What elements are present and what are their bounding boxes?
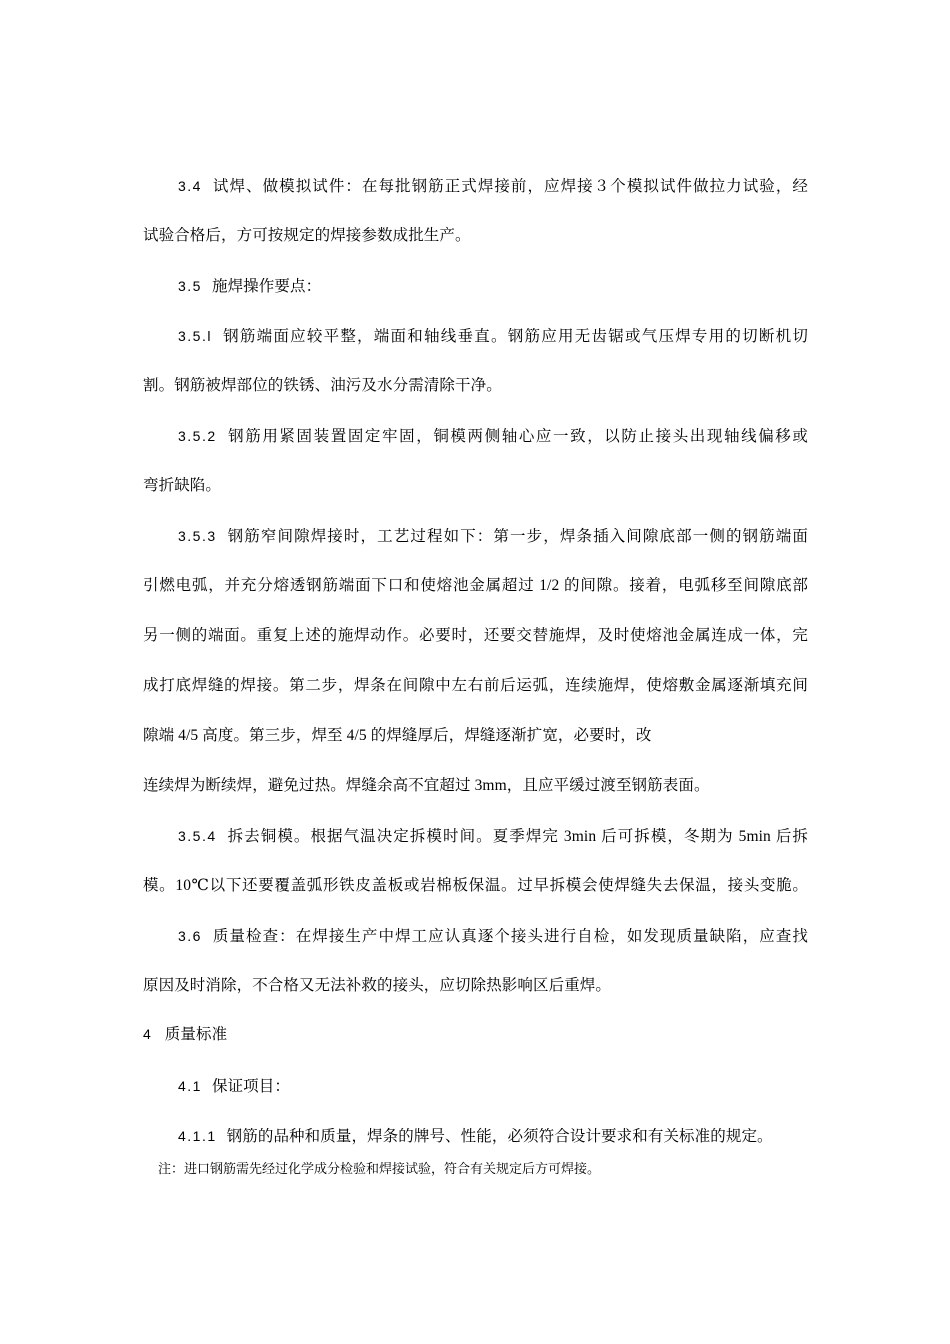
paragraph-3-6-line-2: 原因及时消除，不合格又无法补救的接头，应切除热影响区后重焊。 <box>143 976 808 996</box>
paragraph-3-5-3-line-2: 引燃电弧，并充分熔透钢筋端面下口和使熔池金属超过 1/2 的间隙。接着，电弧移至… <box>143 576 808 596</box>
paragraph-3-5-4-line-1: 3.5.4拆去铜模。根据气温决定拆模时间。夏季焊完 3min 后可拆模，冬期为 … <box>178 826 808 847</box>
heading-3-5: 3.5施焊操作要点： <box>178 276 808 297</box>
paragraph-3-5-3-line-6: 连续焊为断续焊，避免过热。焊缝余高不宜超过 3mm，且应平缓过渡至钢筋表面。 <box>143 776 808 796</box>
paragraph-3-5-2-line-1: 3.5.2钢筋用紧固装置固定牢固，铜模两侧轴心应一致，以防止接头出现轴线偏移或 <box>178 426 808 447</box>
section-number: 4.1.1 <box>178 1128 217 1144</box>
section-number: 3.5.4 <box>178 828 217 844</box>
paragraph-3-5-2-line-2: 弯折缺陷。 <box>143 476 808 496</box>
section-number: 3.5 <box>178 278 202 294</box>
paragraph-3-5-1-line-2: 割。钢筋被焊部位的铁锈、油污及水分需清除干净。 <box>143 376 808 396</box>
paragraph-3-5-3-line-3: 另一侧的端面。重复上述的施焊动作。必要时，还要交替施焊，及时使熔池金属连成一体，… <box>143 626 808 646</box>
section-number: 3.5.3 <box>178 528 217 544</box>
paragraph-3-6-line-1: 3.6质量检查：在焊接生产中焊工应认真逐个接头进行自检，如发现质量缺陷，应查找 <box>178 926 808 947</box>
heading-4: 4质量标准 <box>143 1024 808 1045</box>
footnote: 注：进口钢筋需先经过化学成分检验和焊接试验，符合有关规定后方可焊接。 <box>158 1160 600 1178</box>
heading-4-1: 4.1保证项目： <box>178 1076 808 1097</box>
paragraph-3-5-3-line-1: 3.5.3钢筋窄间隙焊接时，工艺过程如下：第一步，焊条插入间隙底部一侧的钢筋端面 <box>178 526 808 547</box>
section-number: 3.4 <box>178 178 202 194</box>
section-number: 4.1 <box>178 1078 202 1094</box>
paragraph-3-5-4-line-2: 模。10℃以下还要覆盖弧形铁皮盖板或岩棉板保温。过早拆模会使焊缝失去保温，接头变… <box>143 876 808 896</box>
section-number: 3.5.l <box>178 328 212 344</box>
document-page: 3.4试焊、做模拟试件：在每批钢筋正式焊接前，应焊接３个模拟试件做拉力试验，经 … <box>0 0 950 1344</box>
paragraph-3-5-3-line-4: 成打底焊缝的焊接。第二步，焊条在间隙中左右前后运弧，连续施焊，使熔敷金属逐渐填充… <box>143 676 808 696</box>
section-number: 4 <box>143 1026 151 1042</box>
section-number: 3.5.2 <box>178 428 217 444</box>
paragraph-3-5-1-line-1: 3.5.l钢筋端面应较平整，端面和轴线垂直。钢筋应用无齿锯或气压焊专用的切断机切 <box>178 326 808 347</box>
paragraph-4-1-1: 4.1.1钢筋的品种和质量，焊条的牌号、性能，必须符合设计要求和有关标准的规定。 <box>178 1126 808 1147</box>
paragraph-3-4-line-2: 试验合格后，方可按规定的焊接参数成批生产。 <box>143 226 808 246</box>
paragraph-3-5-3-line-5: 隙端 4/5 高度。第三步，焊至 4/5 的焊缝厚后，焊缝逐渐扩宽，必要时，改 <box>143 726 808 746</box>
section-number: 3.6 <box>178 928 202 944</box>
paragraph-3-4-line-1: 3.4试焊、做模拟试件：在每批钢筋正式焊接前，应焊接３个模拟试件做拉力试验，经 <box>178 176 808 197</box>
